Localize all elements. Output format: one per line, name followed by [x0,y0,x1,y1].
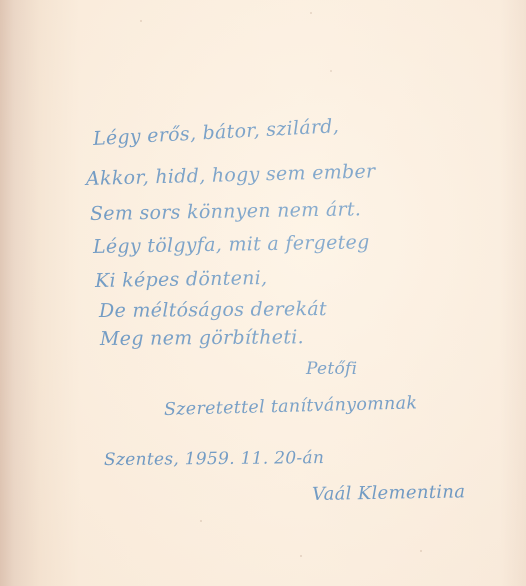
poem-line-4: Légy tölgyfa, mit a fergeteg [93,231,370,258]
handwritten-page: Légy erős, bátor, szilárd, Akkor, hidd, … [0,0,526,586]
paper-speck [310,12,312,14]
poem-author: Petőfi [306,359,357,379]
paper-speck [330,70,332,72]
signature: Vaál Klementina [312,481,466,505]
paper-speck [200,520,202,522]
poem-line-1: Légy erős, bátor, szilárd, [92,115,339,150]
poem-line-5: Ki képes dönteni, [95,267,268,292]
poem-line-7: Meg nem görbítheti. [100,326,304,350]
poem-line-3: Sem sors könnyen nem árt. [90,198,362,225]
place-and-date: Szentes, 1959. 11. 20-án [104,448,324,470]
poem-line-2: Akkor, hidd, hogy sem ember [86,160,376,190]
paper-speck [420,550,422,552]
dedication-text: Szeretettel tanítványomnak [164,393,418,420]
paper-speck [300,555,302,557]
paper-speck [140,20,142,22]
poem-line-6: De méltóságos derekát [99,298,327,322]
